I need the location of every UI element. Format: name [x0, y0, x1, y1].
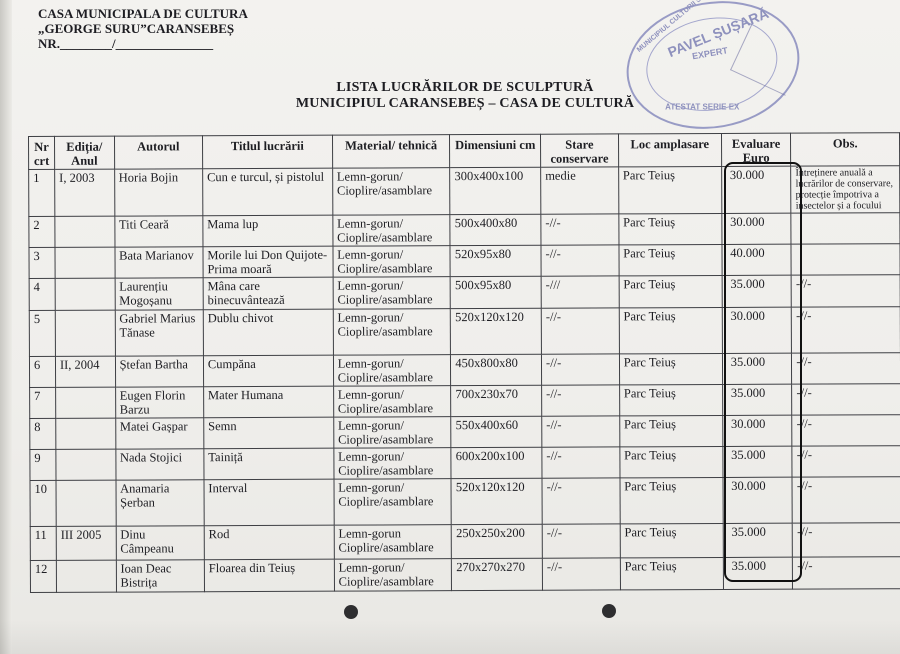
cell-loc: Parc Teiuș [619, 415, 722, 446]
title-line-1: LISTA LUCRĂRILOR DE SCULPTURĂ [290, 80, 640, 96]
cell-loc: Parc Teiuș [619, 213, 722, 244]
cell-loc: Parc Teiuș [620, 446, 723, 477]
cell-editie [55, 310, 115, 356]
header-material: Material/ tehnică [332, 135, 450, 169]
cell-autor: Bata Marianov [115, 247, 203, 278]
cell-titlu: Mâna care binecuvântează [203, 277, 333, 310]
cell-stare: -//- [541, 214, 619, 245]
cell-editie [55, 247, 115, 278]
cell-material: Lemn-gorun/ Cioplire/asamblare [333, 309, 451, 356]
cell-dimensiuni: 520x120x120 [451, 478, 542, 524]
cell-material: Lemn-gorun/ Cioplire/asamblare [333, 355, 451, 387]
cell-dimensiuni: 700x230x70 [451, 385, 542, 416]
cell-titlu: Morile lui Don Quijote- Prima moară [203, 246, 333, 278]
cell-editie: I, 2003 [55, 169, 115, 216]
cell-obs: -//- [792, 477, 900, 523]
cell-stare: -//- [541, 308, 619, 354]
document-title: LISTA LUCRĂRILOR DE SCULPTURĂ MUNICIPIUL… [290, 80, 640, 112]
cell-editie [56, 480, 116, 526]
evaluation-highlight-box [724, 162, 802, 582]
cell-material: Lemn-gorun/ Cioplire/asamblare [333, 386, 451, 418]
cell-stare: -//- [542, 478, 620, 524]
document-page: CASA MUNICIPALA DE CULTURA „GEORGE SURU”… [0, 0, 900, 654]
cell-titlu: Semn [204, 417, 334, 449]
cell-titlu: Cun e turcul, și pistolul [203, 168, 333, 216]
punch-hole-right [602, 604, 616, 618]
punch-hole-left [344, 605, 358, 619]
cell-stare: -//- [542, 385, 620, 416]
cell-material: Lemn-gorun/ Cioplire/asamblare [333, 277, 451, 310]
cell-dimensiuni: 500x95x80 [450, 276, 541, 308]
header-obs: Obs. [791, 133, 900, 166]
cell-stare: -/// [541, 276, 619, 308]
cell-dimensiuni: 520x95x80 [450, 245, 541, 276]
cell-obs: -//- [792, 307, 900, 353]
institution-header: CASA MUNICIPALA DE CULTURA „GEORGE SURU”… [38, 6, 248, 51]
cell-editie: III 2005 [56, 526, 116, 560]
cell-editie [56, 418, 116, 449]
cell-loc: Parc Teiuș [620, 477, 723, 523]
cell-titlu: Mater Humana [203, 386, 333, 418]
cell-autor: Anamaria Șerban [116, 480, 205, 526]
cell-loc: Parc Teiuș [619, 384, 722, 415]
cell-dimensiuni: 450x800x80 [451, 354, 542, 385]
cell-stare: -//- [542, 447, 620, 478]
header-loc: Loc amplasare [618, 133, 721, 166]
cell-obs: -//- [793, 523, 900, 557]
cell-nr: 9 [30, 449, 56, 480]
cell-nr: 2 [29, 216, 55, 247]
header-dimensiuni: Dimensiuni cm [450, 134, 541, 167]
cell-autor: Eugen Florin Barzu [115, 387, 203, 418]
cell-loc: Parc Teiuș [619, 307, 722, 353]
cell-editie: II, 2004 [55, 356, 115, 387]
header-stare: Stare conservare [541, 134, 619, 167]
cell-obs: -//- [791, 275, 900, 307]
cell-nr: 7 [30, 387, 56, 418]
institution-name: CASA MUNICIPALA DE CULTURA [38, 6, 248, 21]
cell-stare: -//- [542, 524, 620, 558]
cell-material: Lemn-gorun Cioplire/asamblare [334, 525, 452, 560]
cell-titlu: Tainiță [204, 448, 334, 480]
cell-loc: Parc Teiuș [620, 557, 723, 589]
cell-autor: Titi Ceară [114, 216, 202, 247]
cell-titlu: Interval [204, 479, 334, 526]
header-nr: Nr crt [29, 136, 55, 169]
cell-dimensiuni: 300x400x100 [450, 167, 541, 214]
cell-titlu: Rod [204, 525, 334, 560]
cell-editie [55, 216, 115, 247]
cell-nr: 5 [29, 310, 55, 356]
cell-titlu: Floarea din Teiuș [204, 559, 334, 592]
cell-obs: -//- [792, 384, 900, 415]
institution-subname: „GEORGE SURU”CARANSEBEȘ [38, 21, 248, 36]
cell-autor: Horia Bojin [114, 169, 203, 216]
cell-dimensiuni: 500x400x80 [450, 214, 541, 245]
cell-obs [791, 213, 900, 244]
cell-autor: Dinu Câmpeanu [116, 526, 204, 560]
cell-material: Lemn-gorun/ Cioplire/asamblare [333, 215, 451, 247]
page-shadow [0, 620, 900, 654]
cell-dimensiuni: 270x270x270 [452, 558, 543, 590]
cell-material: Lemn-gorun/ Cioplire/asamblare [333, 246, 451, 278]
cell-stare: -//- [541, 245, 619, 276]
cell-stare: -//- [542, 416, 620, 447]
page-edge [0, 0, 12, 654]
cell-material: Lemn-gorun/ Cioplire/asamblare [333, 417, 451, 449]
cell-obs: -//- [793, 557, 900, 589]
cell-obs: -//- [792, 353, 900, 384]
cell-autor: Matei Gașpar [115, 418, 203, 449]
cell-nr: 12 [30, 560, 56, 592]
cell-nr: 11 [30, 526, 56, 560]
cell-editie [56, 560, 116, 592]
cell-titlu: Dublu chivot [203, 309, 333, 356]
cell-nr: 10 [30, 480, 56, 526]
cell-autor: Ștefan Bartha [115, 356, 203, 387]
cell-autor: Laurențiu Mogoșanu [115, 278, 203, 310]
cell-editie [56, 449, 116, 480]
cell-loc: Parc Teiuș [619, 244, 722, 275]
cell-loc: Parc Teiuș [618, 166, 721, 213]
cell-titlu: Mama lup [203, 215, 333, 247]
header-autor: Autorul [114, 136, 202, 169]
header-editie: Ediția/ Anul [54, 136, 114, 169]
cell-editie [56, 387, 116, 418]
cell-material: Lemn-gorun/ Cioplire/asamblare [332, 168, 450, 216]
title-line-2: MUNICIPIUL CARANSEBEȘ – CASA DE CULTURĂ [290, 96, 640, 112]
cell-obs [791, 244, 900, 275]
cell-obs: -//- [792, 415, 900, 446]
cell-autor: Nada Stojici [115, 449, 203, 480]
expert-stamp: MUNICIPIUL CULTURII SCULPTOR PAVEL ȘUȘAR… [616, 0, 809, 142]
cell-titlu: Cumpăna [203, 355, 333, 387]
cell-stare: medie [541, 167, 619, 214]
cell-loc: Parc Teiuș [620, 523, 723, 557]
cell-editie [55, 278, 115, 310]
cell-dimensiuni: 250x250x200 [452, 524, 543, 558]
header-titlu: Titlul lucrării [202, 135, 332, 169]
cell-dimensiuni: 550x400x60 [451, 416, 542, 447]
cell-autor: Gabriel Marius Tănase [115, 310, 204, 356]
cell-nr: 4 [29, 278, 55, 310]
cell-nr: 6 [29, 356, 55, 387]
registration-number: NR.________/_______________ [38, 36, 248, 51]
cell-loc: Parc Teiuș [619, 353, 722, 384]
cell-nr: 1 [29, 169, 55, 216]
cell-material: Lemn-gorun/ Cioplire/asamblare [334, 559, 452, 592]
cell-obs: -//- [792, 446, 900, 477]
cell-stare: -//- [542, 558, 620, 590]
cell-material: Lemn-gorun/ Cioplire/asamblare [334, 479, 452, 526]
cell-dimensiuni: 520x120x120 [451, 308, 542, 354]
cell-autor: Ioan Deac Bistrița [116, 560, 204, 592]
cell-loc: Parc Teiuș [619, 275, 722, 307]
cell-dimensiuni: 600x200x100 [451, 447, 542, 478]
stamp-bottom-text: ATESTAT SERIE EX [665, 103, 739, 112]
cell-obs: Întreținere anuală a lucrărilor de conse… [791, 166, 900, 213]
cell-nr: 8 [30, 418, 56, 449]
cell-stare: -//- [541, 354, 619, 385]
cell-nr: 3 [29, 247, 55, 278]
cell-material: Lemn-gorun/ Cioplire/asamblare [334, 448, 452, 480]
